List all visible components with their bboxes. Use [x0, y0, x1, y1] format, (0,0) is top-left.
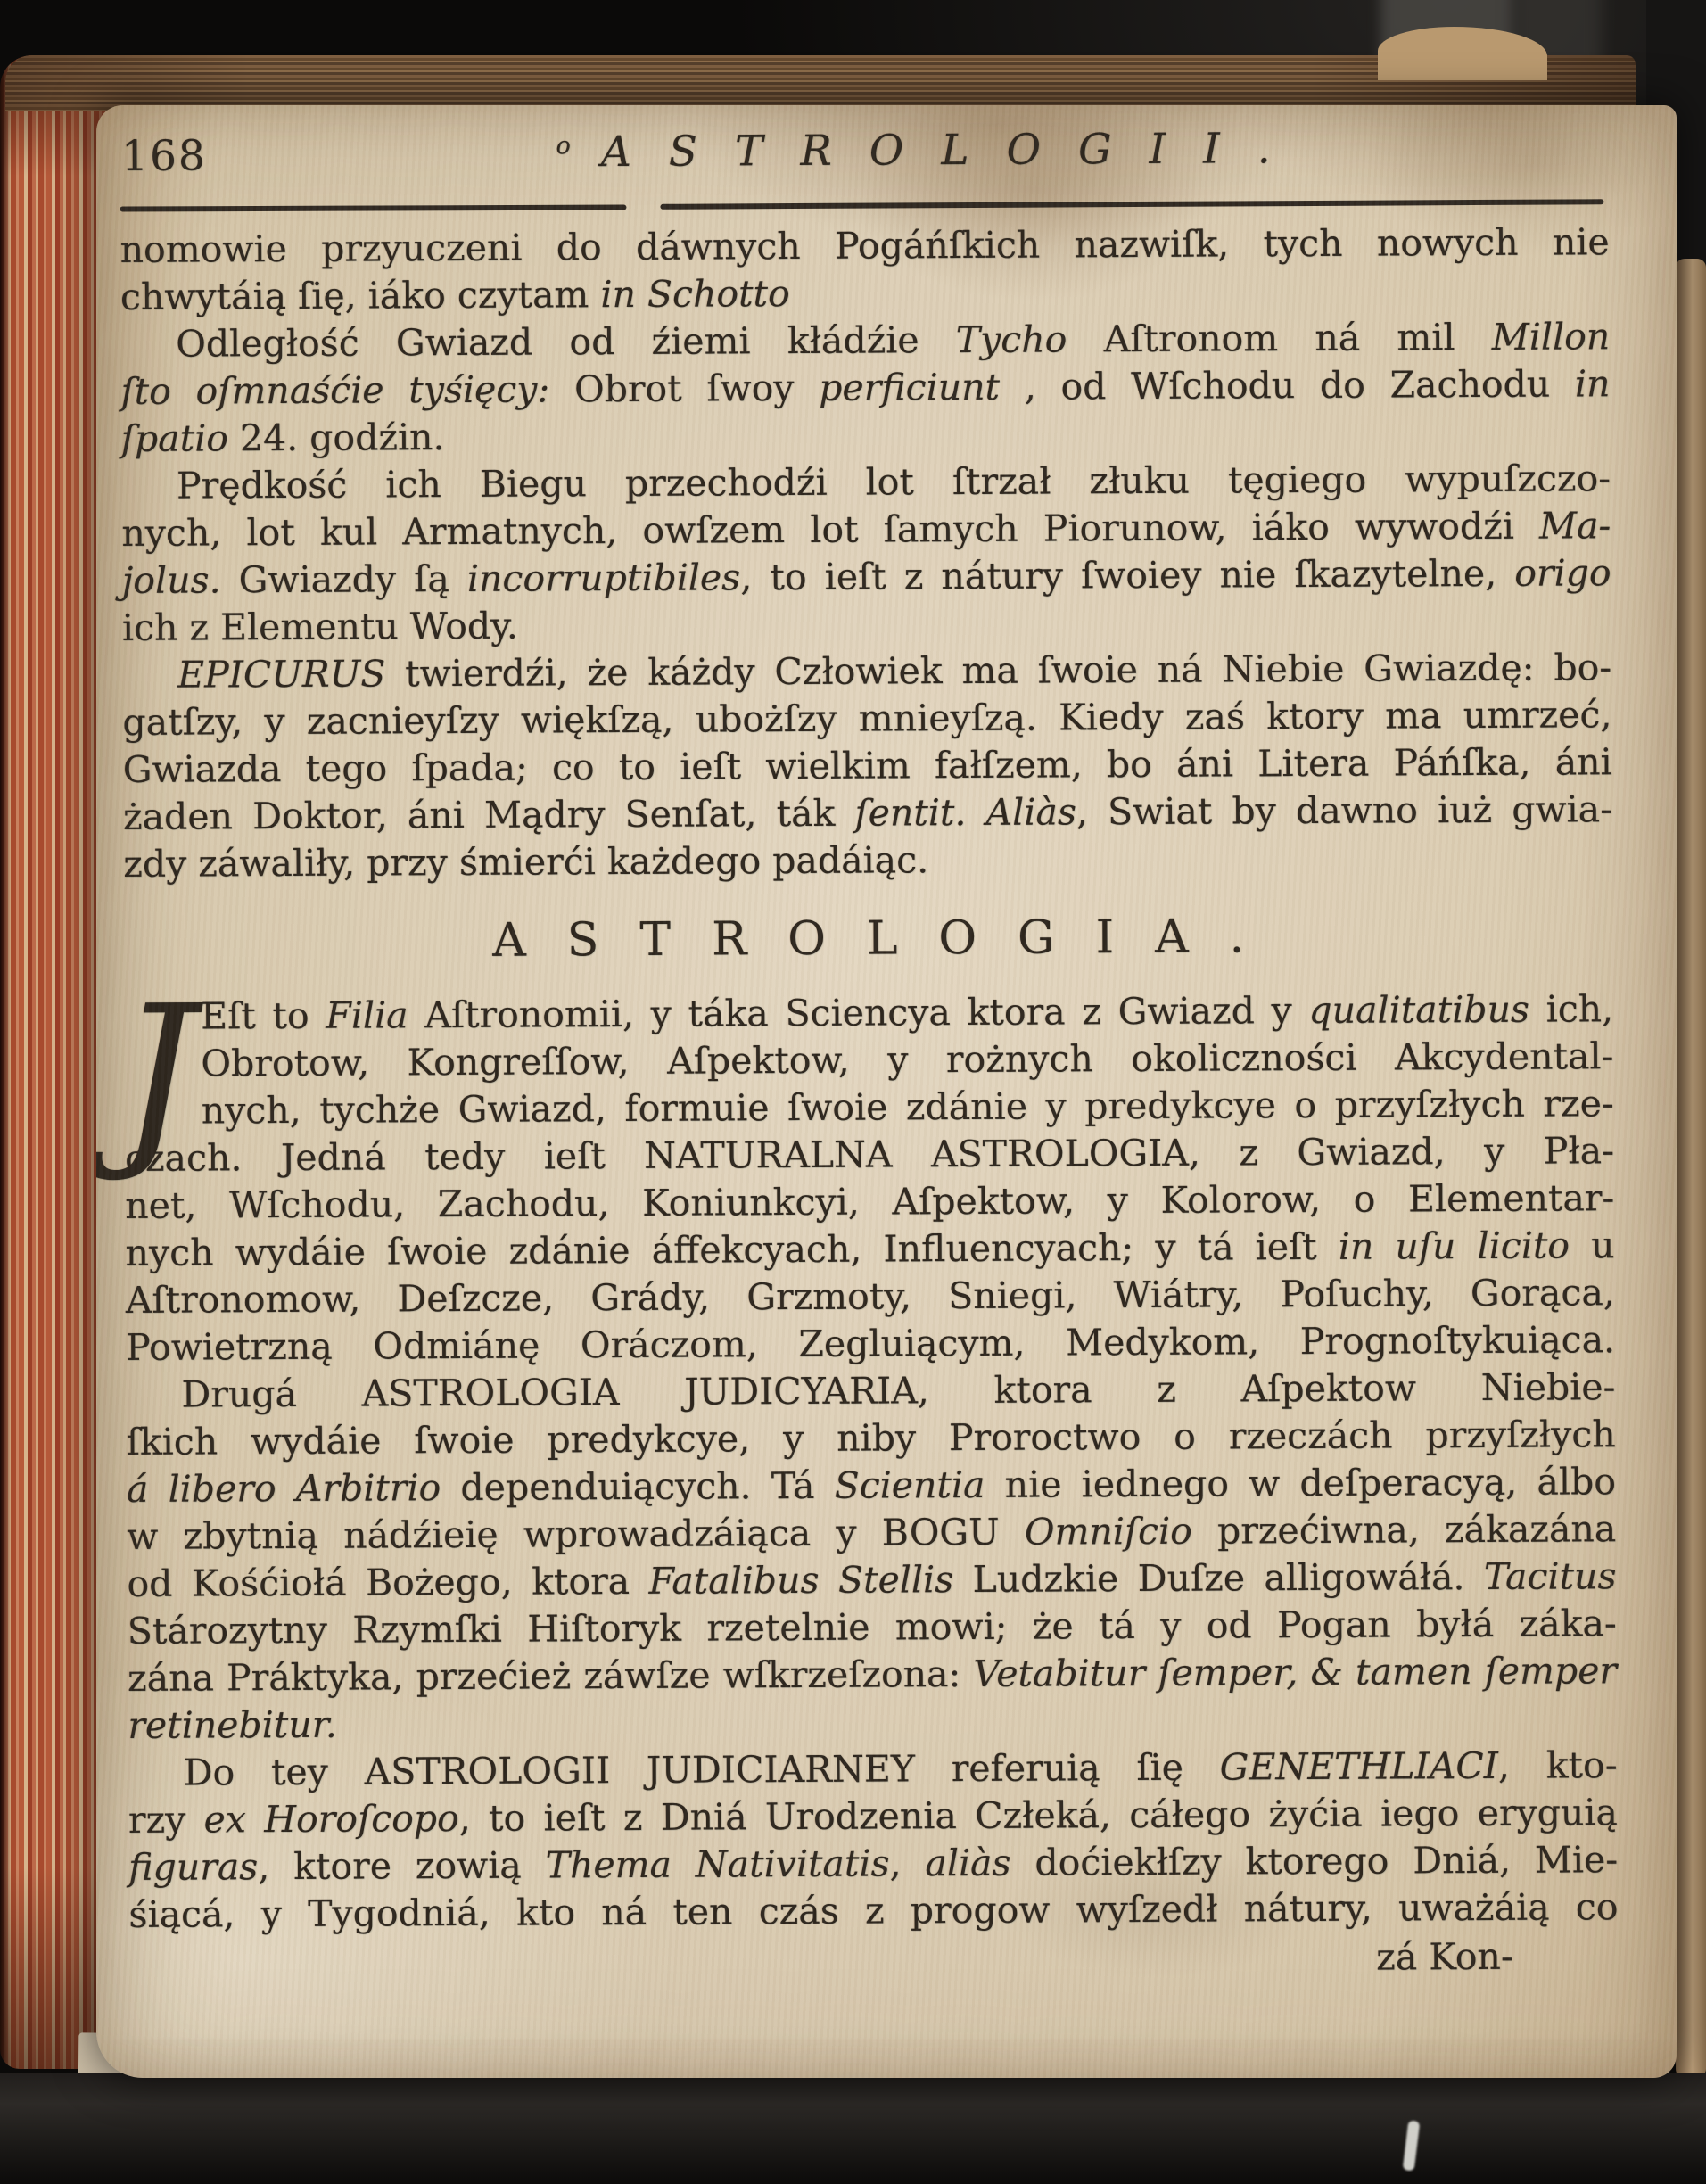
header-rule-left	[120, 205, 626, 212]
text-line: Aſtronomow, Deſzcze, Grády, Grzmoty, Sni…	[126, 1269, 1615, 1324]
roman-text: ,	[889, 1842, 925, 1884]
roman-text: w zbytnią nádźieię wprowadzáiąca y BOGU	[127, 1511, 1025, 1558]
page-number: 168	[121, 131, 207, 181]
italic-text: in Schotto	[600, 272, 790, 316]
text-line: nomowie przyuczeni do dáwnych Pogáńſkich…	[120, 218, 1610, 274]
roman-text: Stározytny Rzymſki Hiſtoryk rzetelnie mo…	[128, 1602, 1617, 1652]
roman-text: Ludzkie Duſze alligowáłá.	[953, 1555, 1484, 1601]
text-line: Odległość Gwiazd od źiemi kłádźie Tycho …	[120, 313, 1610, 368]
catchword: zá Kon-	[129, 1931, 1619, 1989]
text-line: nych, tychże Gwiazd, formuie ſwoie zdáni…	[125, 1080, 1614, 1135]
roman-text: , to ieſt z Dniá Urodzenia Człeká, cáłeg…	[459, 1791, 1618, 1840]
roman-text: Gwiazdy ſą	[221, 557, 468, 601]
italic-text: Scientia	[835, 1463, 985, 1507]
text-line: Drugá ASTROLOGIA JUDICYARIA, ktora z Aſp…	[126, 1364, 1615, 1419]
dropcap-paragraph: J Eſt to Filia Aſtronomii, y táka Scienc…	[124, 985, 1614, 1135]
roman-text: rzy	[128, 1799, 204, 1842]
header-rule	[120, 199, 1609, 214]
roman-text: chwytáią ſię, iáko czytam	[120, 273, 601, 318]
roman-text: ſkich wydáie ſwoie predykcye, y niby Pro…	[127, 1413, 1616, 1463]
roman-text: Odległość Gwiazd od źiemi kłádźie	[176, 318, 956, 366]
text-line: jolus. Gwiazdy ſą incorruptibiles, to ie…	[122, 549, 1611, 605]
roman-text: nomowie przyuczeni do dáwnych Pogáńſkich…	[120, 220, 1610, 271]
text-line: zána Práktyka, przećież záwſze wſkrzeſzo…	[128, 1647, 1617, 1702]
text-line: w zbytnią nádźieię wprowadzáiąca y BOGU …	[127, 1505, 1616, 1561]
roman-text: nych, lot kul Armatnych, owſzem lot ſamy…	[121, 505, 1539, 555]
text-line: Obrotow, Kongreſſow, Aſpektow, y rożnych…	[124, 1033, 1613, 1088]
roman-text: zdy záwaliły, przy śmierći każdego padái…	[123, 838, 928, 886]
dropcap-letter: J	[119, 981, 195, 1170]
italic-text: incorruptibiles	[467, 556, 741, 600]
roman-text: czach. Jedná tedy ieſt NATURALNA ASTROLO…	[125, 1129, 1614, 1180]
roman-text: Gwiazda tego ſpada; co to ieſt wielkim f…	[123, 740, 1612, 791]
italic-text: ex Horoſcopo	[203, 1797, 458, 1841]
text-line: net, Wſchodu, Zachodu, Koniunkcyi, Aſpek…	[125, 1174, 1614, 1230]
italic-text: perficiunt	[819, 366, 1000, 409]
italic-text: á libero Arbitrio	[127, 1466, 441, 1511]
italic-text: ſto oſmnaśćie tyśięcy:	[120, 367, 574, 413]
roman-text: Eſt to	[201, 994, 326, 1038]
text-line: śiącá, y Tygodniá, kto ná ten czás z pro…	[128, 1883, 1618, 1939]
text-line: gatſzy, y zacnieyſzy więkſzą, ubożſzy mn…	[122, 691, 1611, 746]
roman-text: przećiwna, zákazána	[1192, 1507, 1617, 1552]
roman-text: Aſtronomow, Deſzcze, Grády, Grzmoty, Sni…	[126, 1271, 1615, 1322]
adjacent-page-edge	[1676, 259, 1706, 2078]
photo-backdrop: 168 oASTROLOGII. nomowie przyuczeni do d…	[0, 0, 1706, 2184]
text-line: ſpatio 24. godźin.	[121, 408, 1611, 463]
text-line: figuras, ktore zowią Thema Nativitatis, …	[128, 1836, 1618, 1891]
text-line: rzy ex Horoſcopo, to ieſt z Dniá Urodzen…	[128, 1789, 1618, 1844]
italic-text: in uſu licito	[1339, 1224, 1570, 1268]
text-line: od Kośćiołá Bożego, ktora Fatalibus Stel…	[127, 1553, 1616, 1608]
italic-text: jolus.	[122, 558, 221, 602]
running-header: oASTROLOGII.	[556, 124, 1307, 177]
roman-text: nych, tychże Gwiazd, formuie ſwoie zdáni…	[202, 1082, 1614, 1132]
roman-text: , ktore zowią	[258, 1844, 546, 1889]
italic-text: ſpatio	[121, 416, 228, 460]
roman-text: doćiekłſzy ktorego Dniá, Mie-	[1010, 1838, 1618, 1884]
text-line: ſto oſmnaśćie tyśięcy: Obrot ſwoy perfic…	[120, 360, 1610, 416]
roman-text: dependuiących. Tá	[441, 1464, 835, 1509]
italic-text: qualitatibus	[1308, 988, 1529, 1032]
italic-text: Omniſcio	[1025, 1510, 1192, 1554]
masthead: 168 oASTROLOGII.	[120, 122, 1609, 185]
text-line: Eſt to Filia Aſtronomii, y táka Sciencya…	[124, 985, 1613, 1041]
roman-text: żaden Doktor, áni Mądry Senſat, ták	[123, 792, 855, 838]
text-line: chwytáią ſię, iáko czytam in Schotto	[120, 266, 1610, 321]
italic-text: aliàs	[925, 1842, 1010, 1885]
roman-text: zána Práktyka, przećież záwſze wſkrzeſzo…	[128, 1652, 974, 1700]
italic-text: Ma-	[1539, 504, 1611, 547]
body-text-upper: nomowie przyuczeni do dáwnych Pogáńſkich…	[120, 218, 1613, 888]
italic-text: Millon	[1492, 315, 1611, 359]
roman-text: Drugá ASTROLOGIA JUDICYARIA, ktora z Aſp…	[181, 1365, 1615, 1415]
italic-text: Fatalibus Stellis	[648, 1558, 953, 1603]
roman-text: 24. godźin.	[228, 416, 445, 459]
roman-text: Do tey ASTROLOGII JUDICIARNEY referuią ſ…	[184, 1746, 1220, 1794]
table-surface	[0, 2073, 1706, 2184]
roman-text: Aſtronomii, y táka Sciencya ktora z Gwia…	[408, 989, 1308, 1036]
italic-text: in	[1575, 362, 1611, 405]
italic-text: figuras	[128, 1845, 258, 1889]
roman-text: , od Wſchodu do Zachodu	[1000, 362, 1575, 408]
text-line: ſkich wydáie ſwoie predykcye, y niby Pro…	[127, 1411, 1616, 1466]
book-page: 168 oASTROLOGII. nomowie przyuczeni do d…	[96, 105, 1677, 2078]
running-header-title: ASTROLOGII.	[601, 124, 1308, 177]
body-text-lower: czach. Jedná tedy ieſt NATURALNA ASTROLO…	[125, 1127, 1619, 1939]
dropcap-initial: J	[124, 993, 202, 1135]
header-rule-right	[660, 199, 1603, 210]
roman-text: Aſtronom ná mil	[1067, 316, 1492, 360]
text-line: nych, lot kul Armatnych, owſzem lot ſamy…	[121, 502, 1611, 557]
roman-text: net, Wſchodu, Zachodu, Koniunkcyi, Aſpek…	[125, 1176, 1614, 1227]
italic-text: Vetabitur ſemper, & tamen ſemper	[973, 1649, 1617, 1695]
text-line: czach. Jedná tedy ieſt NATURALNA ASTROLO…	[125, 1127, 1614, 1183]
text-line: ich z Elementu Wody.	[122, 597, 1611, 652]
roman-text: ich,	[1529, 987, 1613, 1030]
text-line: EPICURUS twierdźi, że káżdy Człowiek ma …	[122, 644, 1611, 699]
text-line: Do tey ASTROLOGII JUDICIARNEY referuią ſ…	[128, 1742, 1618, 1797]
roman-text: u	[1570, 1224, 1615, 1266]
italic-text: Tycho	[956, 317, 1067, 361]
roman-text: Prędkość ich Biegu przechodźi lot ſtrzał…	[177, 457, 1611, 507]
roman-text: twierdźi, że káżdy Człowiek ma ſwoie ná …	[385, 646, 1611, 695]
text-line: Powietrzną Odmiánę Oráczom, Zegluiącym, …	[126, 1316, 1615, 1372]
text-line: Stározytny Rzymſki Hiſtoryk rzetelnie mo…	[128, 1600, 1617, 1655]
italic-text: retinebitur.	[128, 1703, 337, 1747]
italic-text: origo	[1514, 551, 1611, 595]
italic-text: GENETHLIACI	[1220, 1744, 1498, 1789]
roman-text: Obrotow, Kongreſſow, Aſpektow, y rożnych…	[201, 1034, 1613, 1084]
text-line: retinebitur.	[128, 1694, 1617, 1750]
italic-text: Filia	[326, 993, 408, 1036]
page-text: 168 oASTROLOGII. nomowie przyuczeni do d…	[120, 122, 1619, 1989]
text-line: Gwiazda tego ſpada; co to ieſt wielkim f…	[123, 738, 1612, 794]
italic-text: Thema Nativitatis	[546, 1842, 890, 1887]
roman-text: nych wydáie ſwoie zdánie áffekcyach, Inf…	[125, 1225, 1338, 1274]
italic-text: EPICURUS	[177, 652, 385, 696]
header-ornament: o	[556, 132, 570, 160]
roman-text: , kto-	[1498, 1743, 1618, 1787]
roman-text: nie iednego w deſperacyą, álbo	[985, 1460, 1616, 1506]
text-line: zdy záwaliły, przy śmierći każdego padái…	[123, 833, 1612, 888]
italic-text: Tacitus	[1484, 1554, 1617, 1598]
roman-text: ich z Elementu Wody.	[122, 605, 518, 649]
section-heading: ASTROLOGIA.	[124, 907, 1613, 970]
text-line: Prędkość ich Biegu przechodźi lot ſtrzał…	[121, 455, 1611, 510]
roman-text: , Swiat by dawno iuż gwia-	[1076, 787, 1612, 833]
text-line: á libero Arbitrio dependuiących. Tá Scie…	[127, 1458, 1616, 1513]
roman-text: , to ieſt z nátury ſwoiey nie ſkazytelne…	[740, 552, 1514, 599]
text-line: żaden Doktor, áni Mądry Senſat, ták ſent…	[123, 786, 1612, 841]
roman-text: gatſzy, y zacnieyſzy więkſzą, ubożſzy mn…	[122, 693, 1611, 744]
roman-text: Powietrzną Odmiánę Oráczom, Zegluiącym, …	[126, 1318, 1615, 1369]
italic-text: ſentit. Aliàs	[854, 790, 1076, 834]
roman-text: Obrot ſwoy	[574, 367, 819, 410]
roman-text: od Kośćiołá Bożego, ktora	[127, 1560, 648, 1605]
text-line: nych wydáie ſwoie zdánie áffekcyach, Inf…	[125, 1222, 1614, 1277]
roman-text: śiącá, y Tygodniá, kto ná ten czás z pro…	[128, 1885, 1618, 1936]
